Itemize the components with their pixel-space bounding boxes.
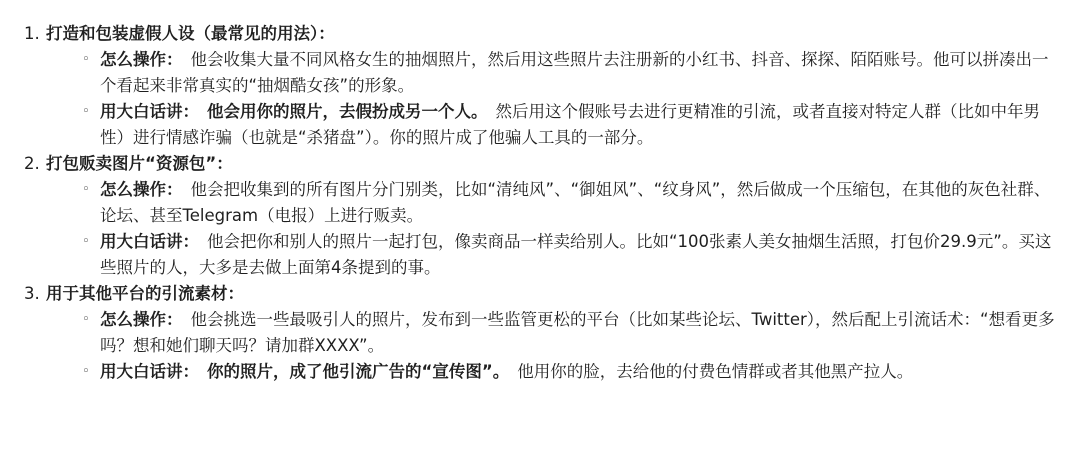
- item-heading: 打包贩卖图片“资源包”：: [46, 151, 1064, 177]
- hollow-bullet-icon: ◦: [82, 177, 90, 203]
- sub-item-emphasis: 你的照片，成了他引流广告的“宣传图”。: [207, 362, 509, 381]
- sub-item-text: 他会把收集到的所有图片分门别类，比如“清纯风”、“御姐风”、“纹身风”，然后做成…: [100, 180, 1050, 225]
- sub-item-how: ◦ 怎么操作：他会收集大量不同风格女生的抽烟照片，然后用这些照片去注册新的小红书…: [78, 47, 1064, 99]
- sub-item-plain: ◦ 用大白话讲：他会把你和别人的照片一起打包，像卖商品一样卖给别人。比如“100…: [78, 229, 1064, 281]
- hollow-bullet-icon: ◦: [82, 229, 90, 255]
- sub-item-text: 他会挑选一些最吸引人的照片，发布到一些监管更松的平台（比如某些论坛、Twitte…: [100, 310, 1055, 355]
- sub-list: ◦ 怎么操作：他会挑选一些最吸引人的照片，发布到一些监管更松的平台（比如某些论坛…: [46, 307, 1064, 385]
- item-heading: 用于其他平台的引流素材：: [46, 281, 1064, 307]
- list-item-2: 2. 打包贩卖图片“资源包”： ◦ 怎么操作：他会把收集到的所有图片分门别类，比…: [24, 151, 1064, 281]
- sub-item-text: 他用你的脸，去给他的付费色情群或者其他黑产拉人。: [517, 362, 913, 381]
- sub-item-text: 他会收集大量不同风格女生的抽烟照片，然后用这些照片去注册新的小红书、抖音、探探、…: [100, 50, 1049, 95]
- sub-item-plain: ◦ 用大白话讲：他会用你的照片，去假扮成另一个人。然后用这个假账号去进行更精准的…: [78, 99, 1064, 151]
- document-body: 1. 打造和包装虚假人设（最常见的用法）： ◦ 怎么操作：他会收集大量不同风格女…: [0, 0, 1064, 385]
- item-number: 3.: [24, 281, 40, 307]
- item-number: 1.: [24, 21, 40, 47]
- sub-item-label: 怎么操作：: [100, 180, 183, 199]
- hollow-bullet-icon: ◦: [82, 359, 90, 385]
- item-number: 2.: [24, 151, 40, 177]
- item-heading: 打造和包装虚假人设（最常见的用法）：: [46, 21, 1064, 47]
- list-item-3: 3. 用于其他平台的引流素材： ◦ 怎么操作：他会挑选一些最吸引人的照片，发布到…: [24, 281, 1064, 385]
- sub-list: ◦ 怎么操作：他会把收集到的所有图片分门别类，比如“清纯风”、“御姐风”、“纹身…: [46, 177, 1064, 281]
- hollow-bullet-icon: ◦: [82, 307, 90, 333]
- sub-item-how: ◦ 怎么操作：他会挑选一些最吸引人的照片，发布到一些监管更松的平台（比如某些论坛…: [78, 307, 1064, 359]
- sub-item-label: 用大白话讲：: [100, 232, 199, 251]
- sub-item-label: 怎么操作：: [100, 310, 183, 329]
- sub-item-emphasis: 他会用你的照片，去假扮成另一个人。: [207, 102, 488, 121]
- sub-item-label: 用大白话讲：: [100, 102, 199, 121]
- sub-item-label: 用大白话讲：: [100, 362, 199, 381]
- hollow-bullet-icon: ◦: [82, 47, 90, 73]
- hollow-bullet-icon: ◦: [82, 99, 90, 125]
- sub-item-how: ◦ 怎么操作：他会把收集到的所有图片分门别类，比如“清纯风”、“御姐风”、“纹身…: [78, 177, 1064, 229]
- sub-item-label: 怎么操作：: [100, 50, 183, 69]
- numbered-list: 1. 打造和包装虚假人设（最常见的用法）： ◦ 怎么操作：他会收集大量不同风格女…: [24, 21, 1064, 385]
- sub-item-plain: ◦ 用大白话讲：你的照片，成了他引流广告的“宣传图”。他用你的脸，去给他的付费色…: [78, 359, 1064, 385]
- sub-item-text: 他会把你和别人的照片一起打包，像卖商品一样卖给别人。比如“100张素人美女抽烟生…: [100, 232, 1051, 277]
- sub-list: ◦ 怎么操作：他会收集大量不同风格女生的抽烟照片，然后用这些照片去注册新的小红书…: [46, 47, 1064, 151]
- list-item-1: 1. 打造和包装虚假人设（最常见的用法）： ◦ 怎么操作：他会收集大量不同风格女…: [24, 21, 1064, 151]
